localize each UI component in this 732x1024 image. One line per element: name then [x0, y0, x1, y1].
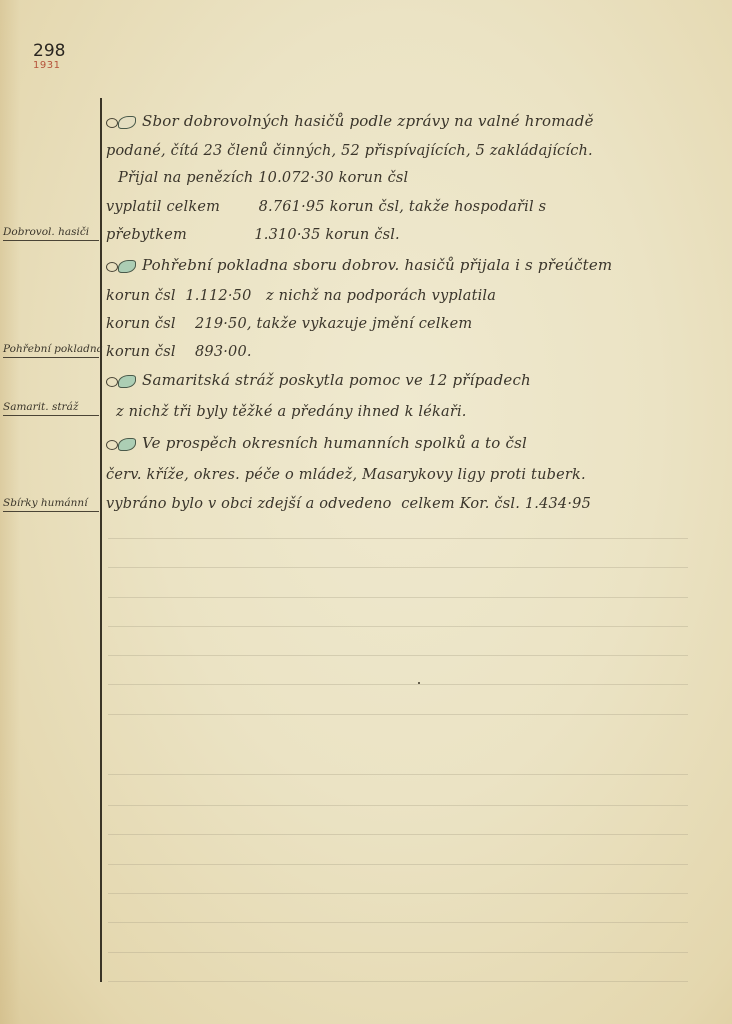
ruled-line	[108, 893, 688, 894]
ruled-line	[108, 684, 688, 685]
ruled-line	[108, 626, 688, 627]
leaf-flourish-icon	[106, 114, 138, 130]
page-year: 1931	[33, 60, 60, 71]
margin-note-humane-collections: Sbírky humánní	[3, 497, 99, 512]
entry-fire-brigade-line-4: vyplatil celkem 8.761·95 korun čsl, takž…	[106, 199, 546, 215]
ruled-line	[108, 567, 688, 568]
margin-note-funeral-fund: Pohřební pokladna	[3, 343, 99, 358]
entry-fire-brigade-line-5: přebytkem 1.310·35 korun čsl.	[106, 227, 400, 243]
entry-fire-brigade-line-2: podané, čítá 23 členů činných, 52 přispí…	[106, 143, 593, 159]
margin-note-samaritan-guard: Samarit. stráž	[3, 401, 99, 416]
ledger-page: 298 1931 Dobrovol. hasiči Pohřební pokla…	[0, 0, 732, 1024]
entry-humane-collections-line-3: vybráno bylo v obci zdejší a odvedeno ce…	[106, 496, 591, 512]
ruled-line	[108, 981, 688, 982]
ruled-line	[108, 655, 688, 656]
ruled-line	[108, 774, 688, 775]
ruled-line	[108, 834, 688, 835]
leaf-flourish-icon	[106, 436, 138, 452]
entry-fire-brigade-line-3: Přijal na penězích 10.072·30 korun čsl	[118, 170, 408, 186]
entry-fire-brigade-line-1: Sbor dobrovolných hasičů podle zprávy na…	[106, 112, 594, 130]
entry-humane-collections-line-2: červ. kříže, okres. péče o mládež, Masar…	[106, 467, 586, 483]
ruled-line	[108, 922, 688, 923]
entry-funeral-fund-line-2: korun čsl 1.112·50 z nichž na podporách …	[106, 288, 496, 304]
margin-rule	[100, 98, 102, 982]
entry-funeral-fund-line-3: korun čsl 219·50, takže vykazuje jmění c…	[106, 316, 472, 332]
ink-speck	[418, 682, 420, 684]
ruled-line	[108, 805, 688, 806]
entry-funeral-fund-line-1: Pohřební pokladna sboru dobrov. hasičů p…	[106, 256, 612, 274]
ruled-line	[108, 952, 688, 953]
entry-samaritan-guard-line-1: Samaritská stráž poskytla pomoc ve 12 př…	[106, 371, 531, 389]
ruled-line	[108, 714, 688, 715]
entry-humane-collections-line-1: Ve prospěch okresních humanních spolků a…	[106, 434, 527, 452]
leaf-flourish-icon	[106, 373, 138, 389]
entry-funeral-fund-line-4: korun čsl 893·00.	[106, 344, 252, 360]
entry-samaritan-guard-line-2: z nichž tři byly těžké a předány ihned k…	[116, 404, 467, 420]
page-edge-shadow	[0, 0, 20, 1024]
ruled-line	[108, 864, 688, 865]
page-number: 298	[33, 42, 65, 60]
ruled-line	[108, 538, 688, 539]
ruled-line	[108, 597, 688, 598]
leaf-flourish-icon	[106, 258, 138, 274]
margin-note-fire-brigade: Dobrovol. hasiči	[3, 226, 99, 241]
